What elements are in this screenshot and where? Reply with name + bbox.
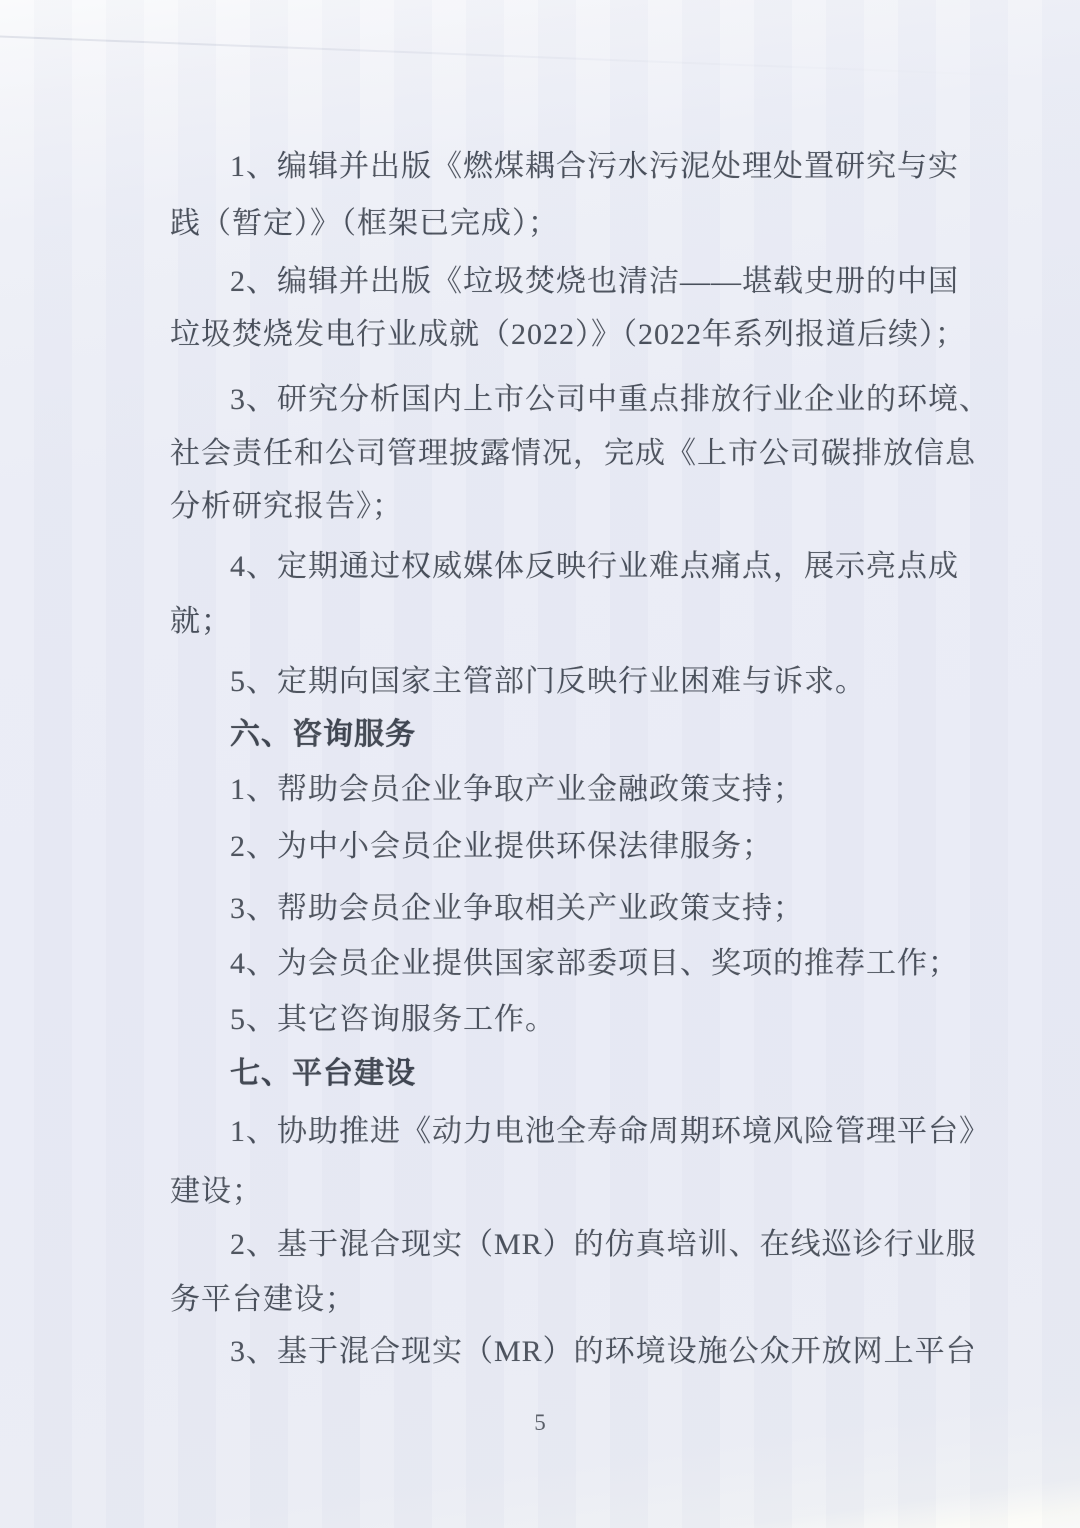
section-heading-consulting: 六、咨询服务 <box>230 718 416 751</box>
paragraph-line: 1、协助推进《动力电池全寿命周期环境风险管理平台》 <box>230 1115 990 1148</box>
paragraph-line: 2、为中小会员企业提供环保法律服务； <box>230 830 773 863</box>
paragraph-line: 4、定期通过权威媒体反映行业难点痛点，展示亮点成 <box>230 550 959 583</box>
paragraph-line: 3、研究分析国内上市公司中重点排放行业企业的环境、 <box>230 383 990 416</box>
paragraph-line: 1、编辑并出版《燃煤耦合污水污泥处理处置研究与实 <box>230 150 959 183</box>
paragraph-line: 4、为会员企业提供国家部委项目、奖项的推荐工作； <box>230 947 959 980</box>
paragraph-line: 1、帮助会员企业争取产业金融政策支持； <box>230 773 804 806</box>
paragraph-line: 3、基于混合现实（MR）的环境设施公众开放网上平台 <box>230 1335 977 1368</box>
paragraph-line: 建设； <box>170 1175 263 1208</box>
paragraph-line: 践（暂定）》（框架已完成）； <box>170 207 559 240</box>
paragraph-line: 5、定期向国家主管部门反映行业困难与诉求。 <box>230 665 866 698</box>
paper-edge-shadow <box>0 34 1080 82</box>
paragraph-line: 就； <box>170 605 232 638</box>
paragraph-line: 垃圾焚烧发电行业成就（2022）》（2022年系列报道后续）； <box>170 318 966 351</box>
document-page: 1、编辑并出版《燃煤耦合污水污泥处理处置研究与实 践（暂定）》（框架已完成）； … <box>0 0 1080 1528</box>
paragraph-line: 3、帮助会员企业争取相关产业政策支持； <box>230 892 804 925</box>
paragraph-line: 务平台建设； <box>170 1283 356 1316</box>
paragraph-line: 2、基于混合现实（MR）的仿真培训、在线巡诊行业服 <box>230 1228 977 1261</box>
paragraph-line: 5、其它咨询服务工作。 <box>230 1003 556 1036</box>
paragraph-line: 社会责任和公司管理披露情况，完成《上市公司碳排放信息 <box>170 437 976 470</box>
paragraph-line: 分析研究报告》； <box>170 490 403 523</box>
page-number: 5 <box>0 1410 1080 1436</box>
paragraph-line: 2、编辑并出版《垃圾焚烧也清洁——堪载史册的中国 <box>230 265 959 298</box>
section-heading-platform: 七、平台建设 <box>230 1057 416 1090</box>
